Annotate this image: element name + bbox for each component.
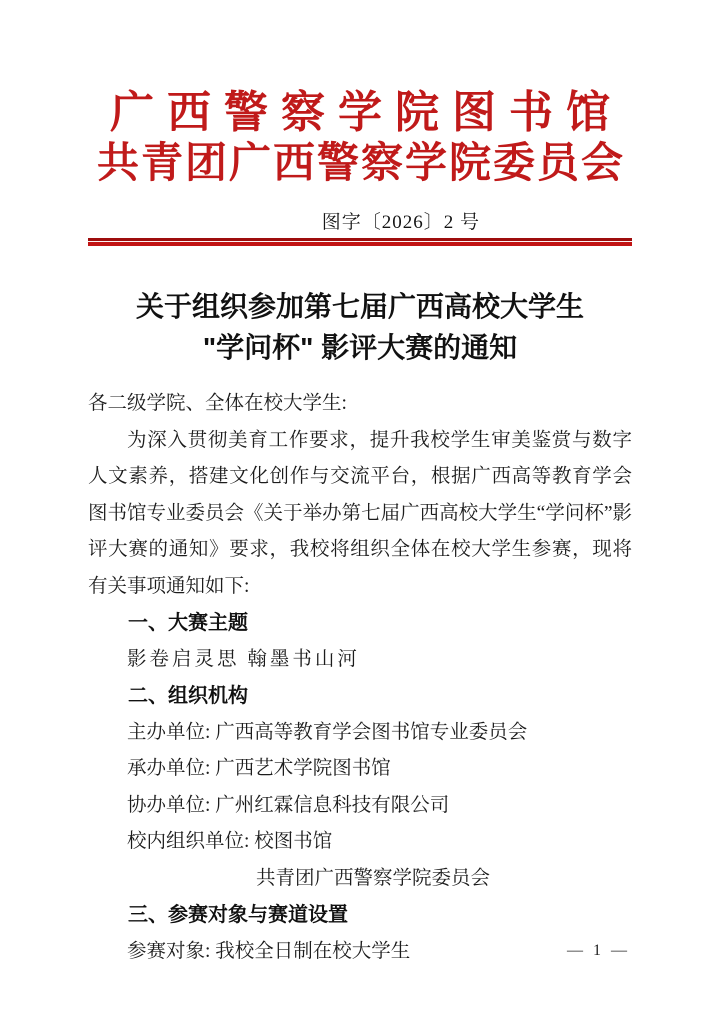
document-page: 广西警察学院图书馆 共青团广西警察学院委员会 图字〔2026〕2 号 关于组织参… (0, 0, 720, 1015)
campus-organizer-continuation: 共青团广西警察学院委员会 (88, 861, 632, 898)
undertaker-line: 承办单位: 广西艺术学院图书馆 (88, 751, 632, 788)
co-organizer-line: 协办单位: 广州红霖信息科技有限公司 (88, 788, 632, 825)
letterhead: 广西警察学院图书馆 共青团广西警察学院委员会 (88, 86, 632, 188)
salutation: 各二级学院、全体在校大学生: (88, 386, 632, 423)
notice-body: 各二级学院、全体在校大学生: 为深入贯彻美育工作要求，提升我校学生审美鉴赏与数字… (88, 386, 632, 970)
intro-paragraph: 为深入贯彻美育工作要求，提升我校学生审美鉴赏与数字人文素养，搭建文化创作与交流平… (88, 423, 632, 606)
page-number: — 1 — (567, 942, 630, 960)
notice-title-line2: "学问杯" 影评大赛的通知 (88, 327, 632, 368)
campus-organizer-line: 校内组织单位: 校图书馆 (88, 824, 632, 861)
contest-theme: 影卷启灵思 翰墨书山河 (88, 642, 632, 679)
letterhead-line1: 广西警察学院图书馆 (88, 86, 632, 140)
section-3-heading: 三、参赛对象与赛道设置 (88, 897, 632, 934)
letterhead-line2: 共青团广西警察学院委员会 (88, 140, 632, 188)
notice-title: 关于组织参加第七届广西高校大学生 "学问杯" 影评大赛的通知 (88, 286, 632, 368)
red-separator-rule (88, 238, 632, 246)
section-1-heading: 一、大赛主题 (88, 605, 632, 642)
participants-line: 参赛对象: 我校全日制在校大学生 (88, 934, 632, 971)
document-number: 图字〔2026〕2 号 (88, 210, 632, 236)
section-2-heading: 二、组织机构 (88, 678, 632, 715)
notice-title-line1: 关于组织参加第七届广西高校大学生 (88, 286, 632, 327)
organizer-line: 主办单位: 广西高等教育学会图书馆专业委员会 (88, 715, 632, 752)
